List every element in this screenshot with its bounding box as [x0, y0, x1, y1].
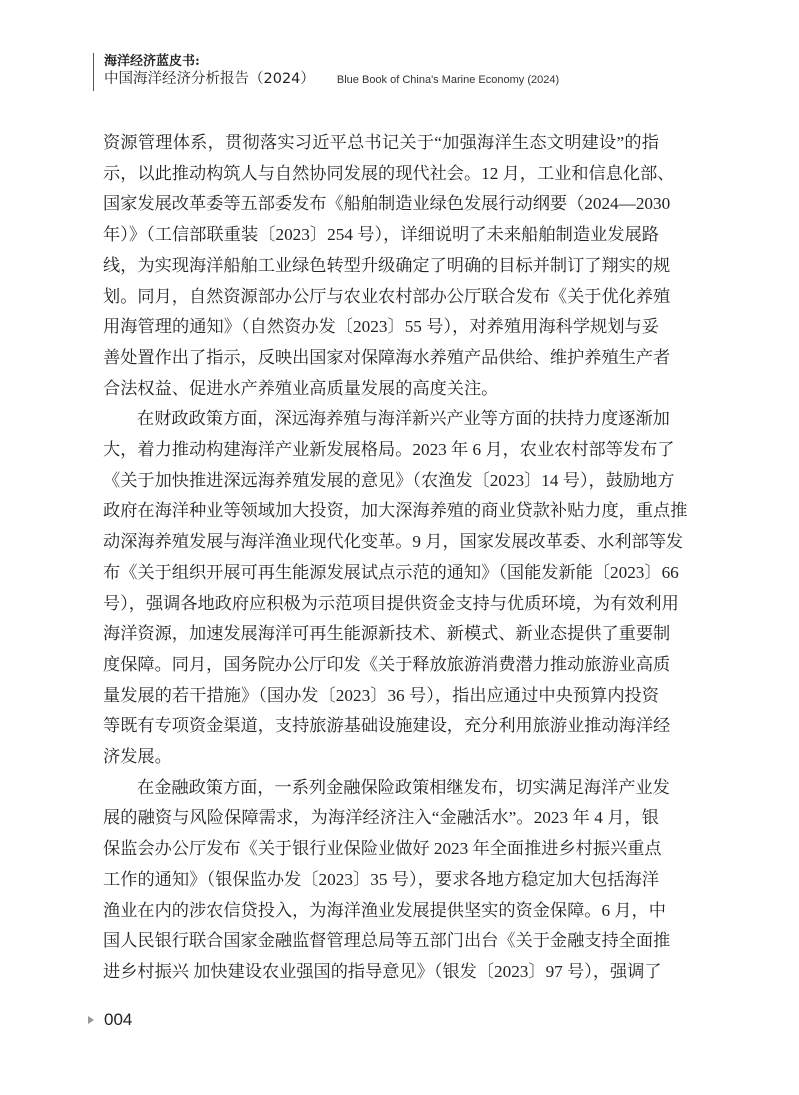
english-title: Blue Book of China's Marine Economy (202…	[337, 74, 559, 86]
body-text: 资源管理体系，贯彻落实习近平总书记关于“加强海洋生态文明建设”的指示，以此推动构…	[103, 128, 659, 988]
text-line: 合法权益、促进水产养殖业高质量发展的高度关注。	[103, 374, 659, 405]
text-line: 年）》（工信部联重装〔2023〕254 号），详细说明了未来船舶制造业发展路	[103, 220, 659, 251]
text-line: 资源管理体系，贯彻落实习近平总书记关于“加强海洋生态文明建设”的指	[103, 128, 659, 159]
text-line: 国家发展改革委等五部委发布《船舶制造业绿色发展行动纲要（2024—2030	[103, 189, 659, 220]
series-title: 海洋经济蓝皮书:	[104, 53, 559, 70]
page-number: 004	[104, 1010, 132, 1030]
paragraph: 在财政政策方面，深远海养殖与海洋新兴产业等方面的扶持力度逐渐加大，着力推动构建海…	[103, 404, 659, 772]
text-line: 《关于加快推进深远海养殖发展的意见》（农渔发〔2023〕14 号），鼓励地方	[103, 466, 659, 497]
text-line: 量发展的若干措施》（国办发〔2023〕36 号），指出应通过中央预算内投资	[103, 681, 659, 712]
text-line: 线，为实现海洋船舶工业绿色转型升级确定了明确的目标并制订了翔实的规	[103, 251, 659, 282]
text-line: 济发展。	[103, 742, 659, 773]
text-line: 工作的通知》（银保监办发〔2023〕35 号），要求各地方稳定加大包括海洋	[103, 865, 659, 896]
triangle-marker-icon	[88, 1016, 94, 1024]
text-line: 号），强调各地政府应积极为示范项目提供资金支持与优质环境，为有效利用	[103, 589, 659, 620]
text-line: 海洋资源，加速发展海洋可再生能源新技术、新模式、新业态提供了重要制	[103, 619, 659, 650]
header-title-row: 中国海洋经济分析报告（2024） Blue Book of China's Ma…	[104, 70, 559, 89]
text-line: 在金融政策方面，一系列金融保险政策相继发布，切实满足海洋产业发	[103, 773, 659, 804]
text-line: 等既有专项资金渠道，支持旅游基础设施建设，充分利用旅游业推动海洋经	[103, 711, 659, 742]
text-line: 保监会办公厅发布《关于银行业保险业做好 2023 年全面推进乡村振兴重点	[103, 834, 659, 865]
paragraph: 在金融政策方面，一系列金融保险政策相继发布，切实满足海洋产业发展的融资与风险保障…	[103, 773, 659, 988]
text-line: 大，着力推动构建海洋产业新发展格局。2023 年 6 月，农业农村部等发布了	[103, 435, 659, 466]
text-line: 渔业在内的涉农信贷投入，为海洋渔业发展提供坚实的资金保障。6 月，中	[103, 896, 659, 927]
text-line: 示，以此推动构筑人与自然协同发展的现代社会。12 月，工业和信息化部、	[103, 159, 659, 190]
text-line: 展的融资与风险保障需求，为海洋经济注入“金融活水”。2023 年 4 月，银	[103, 803, 659, 834]
text-line: 度保障。同月，国务院办公厅印发《关于释放旅游消费潜力推动旅游业高质	[103, 650, 659, 681]
paragraph: 资源管理体系，贯彻落实习近平总书记关于“加强海洋生态文明建设”的指示，以此推动构…	[103, 128, 659, 404]
text-line: 动深海养殖发展与海洋渔业现代化变革。9 月，国家发展改革委、水利部等发	[103, 527, 659, 558]
text-line: 布《关于组织开展可再生能源发展试点示范的通知》（国能发新能〔2023〕66	[103, 558, 659, 589]
text-line: 划。同月，自然资源部办公厅与农业农村部办公厅联合发布《关于优化养殖	[103, 282, 659, 313]
text-line: 用海管理的通知》（自然资办发〔2023〕55 号），对养殖用海科学规划与妥	[103, 312, 659, 343]
book-title: 中国海洋经济分析报告（2024）	[104, 70, 315, 89]
text-line: 在财政政策方面，深远海养殖与海洋新兴产业等方面的扶持力度逐渐加	[103, 404, 659, 435]
text-line: 进乡村振兴 加快建设农业强国的指导意见》（银发〔2023〕97 号），强调了	[103, 957, 659, 988]
page-footer: 004	[88, 1010, 132, 1030]
text-line: 国人民银行联合国家金融监督管理总局等五部门出台《关于金融支持全面推	[103, 926, 659, 957]
text-line: 善处置作出了指示，反映出国家对保障海水养殖产品供给、维护养殖生产者	[103, 343, 659, 374]
text-line: 政府在海洋种业等领域加大投资，加大深海养殖的商业贷款补贴力度，重点推	[103, 496, 659, 527]
running-header: 海洋经济蓝皮书: 中国海洋经济分析报告（2024） Blue Book of C…	[93, 53, 559, 91]
